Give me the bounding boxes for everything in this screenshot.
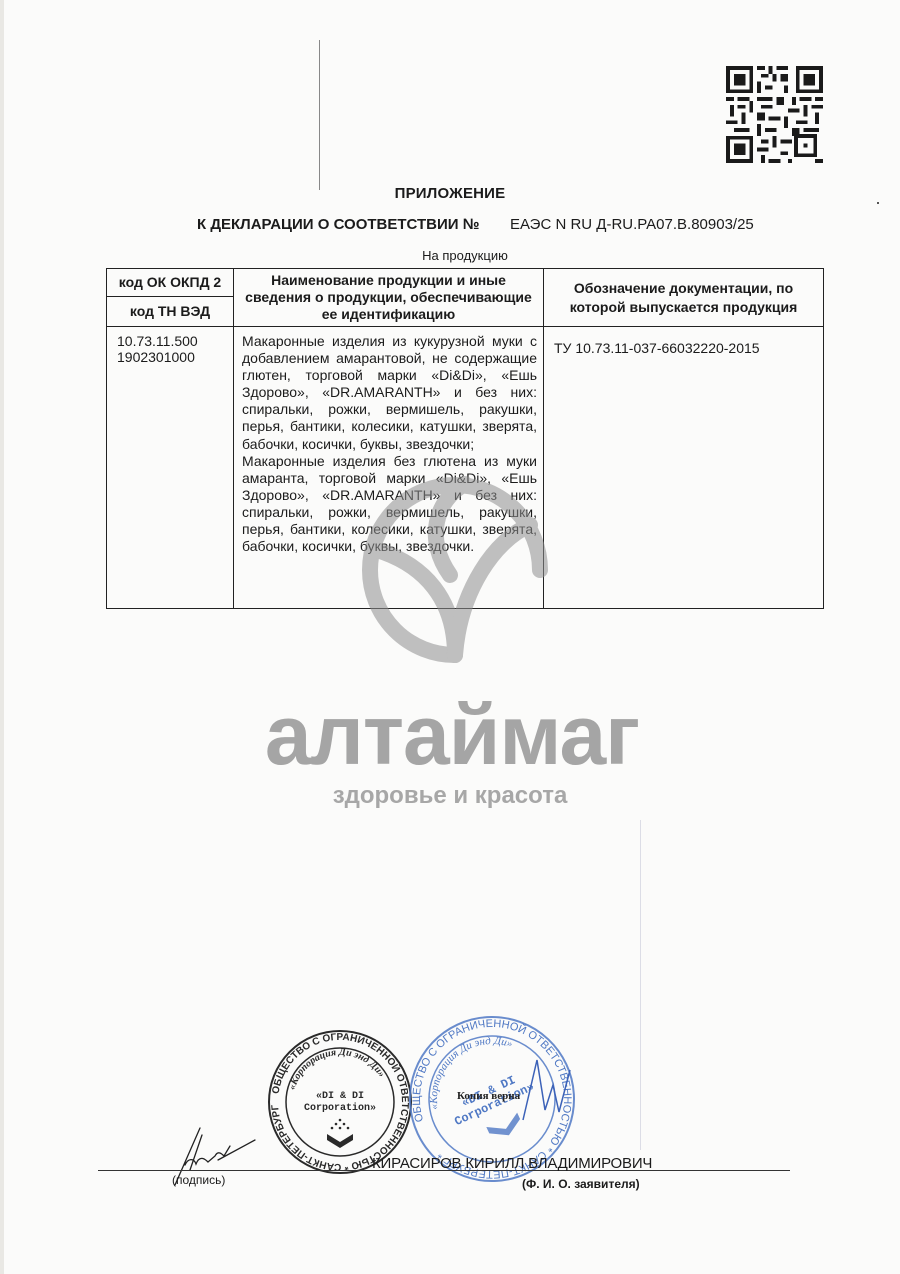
codes-cell: 10.73.11.500 1902301000 <box>107 327 234 609</box>
qr-code-icon[interactable] <box>726 66 823 163</box>
applicant-name-label: (Ф. И. О. заявителя) <box>522 1177 640 1191</box>
watermark-brand: алтаймаг <box>222 690 682 780</box>
scan-artifact-line <box>640 820 641 1150</box>
svg-text:Corporation»: Corporation» <box>304 1102 376 1114</box>
for-products-label: На продукцию <box>0 248 900 263</box>
tnved-code-value: 1902301000 <box>117 349 233 365</box>
watermark-tagline: здоровье и красота <box>200 782 700 810</box>
header-tnved-code: код ТН ВЭД <box>107 297 234 327</box>
blue-signature-icon <box>515 1050 575 1130</box>
products-table: код ОК ОКПД 2 Наименование продукции и и… <box>106 268 824 609</box>
header-okpd-code: код ОК ОКПД 2 <box>107 269 234 297</box>
appendix-title: ПРИЛОЖЕНИЕ <box>0 185 900 202</box>
svg-text:«Корпорация Ди энд Ди»: «Корпорация Ди энд Ди» <box>287 1047 387 1091</box>
table-header-row: код ОК ОКПД 2 Наименование продукции и и… <box>107 269 824 297</box>
product-description: Макаронные изделия из кукурузной муки с … <box>242 333 537 453</box>
declaration-label: К ДЕКЛАРАЦИИ О СООТВЕТСТВИИ № <box>197 216 479 233</box>
copy-certified-mark: Копия верна <box>457 1090 520 1102</box>
declaration-number: ЕАЭС N RU Д-RU.PA07.B.80903/25 <box>510 216 754 233</box>
product-name-cell: Макаронные изделия из кукурузной муки с … <box>234 327 544 609</box>
applicant-name: КИРАСИРОВ КИРИЛЛ ВЛАДИМИРОВИЧ <box>372 1155 652 1172</box>
header-product-name: Наименование продукции и иные сведения о… <box>234 269 544 327</box>
company-stamp-black-icon: ОБЩЕСТВО С ОГРАНИЧЕННОЙ ОТВЕТСТВЕННОСТЬЮ… <box>265 1028 415 1176</box>
signature-label: (подпись) <box>172 1173 225 1187</box>
header-documentation: Обозначение документации, по которой вып… <box>544 269 824 327</box>
svg-text:ОБЩЕСТВО С ОГРАНИЧЕННОЙ ОТВЕТС: ОБЩЕСТВО С ОГРАНИЧЕННОЙ ОТВЕТСТВЕННОСТЬЮ… <box>265 1028 410 1172</box>
svg-text:«DI & DI: «DI & DI <box>316 1091 364 1102</box>
scan-speck <box>877 202 879 204</box>
fold-line <box>319 40 320 190</box>
okpd-code-value: 10.73.11.500 <box>117 333 233 349</box>
table-row: 10.73.11.500 1902301000 Макаронные издел… <box>107 327 824 609</box>
documentation-cell: ТУ 10.73.11-037-66032220-2015 <box>544 327 824 609</box>
product-description: Макаронные изделия без глютена из муки а… <box>242 453 537 556</box>
